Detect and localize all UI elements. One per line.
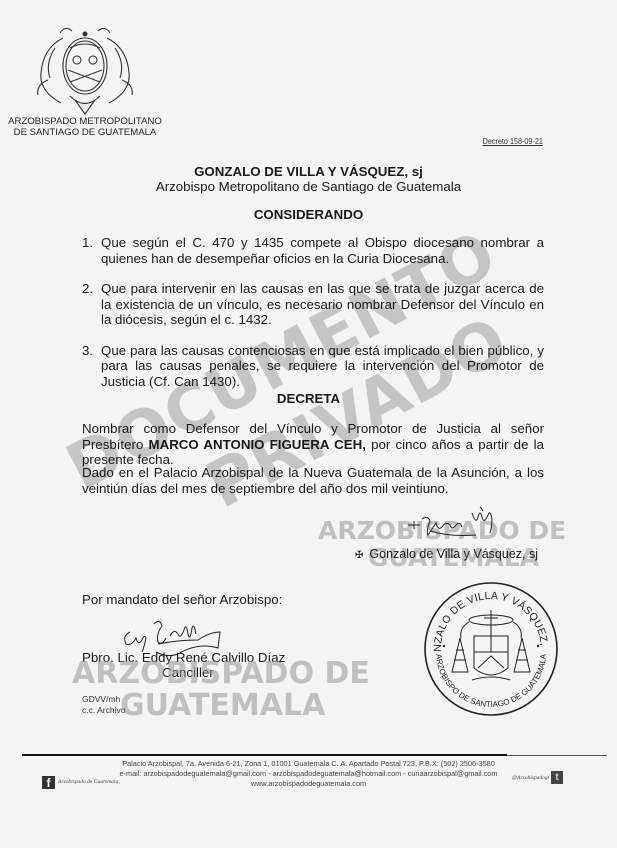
caption-line2: DE SANTIAGO DE GUATEMALA — [0, 127, 170, 138]
archbishop-title-role: Arzobispo Metropolitano de Santiago de G… — [0, 179, 617, 194]
footer-address: Palacio Arzobispal, 7a. Avenida 6-21, Zo… — [0, 759, 617, 769]
item-number: 1. — [82, 235, 93, 251]
facebook-label: Arzobispado de Guatemala — [58, 779, 118, 785]
document-page: ARZOBISPADO METROPOLITANO DE SANTIAGO DE… — [0, 0, 617, 848]
chancellor-block: Pbro. Lic. Eddy René Calvillo Díaz Canci… — [82, 650, 285, 680]
initials-text: GDVV/mh — [82, 694, 125, 705]
archdiocese-caption: ARZOBISPADO METROPOLITANO DE SANTIAGO DE… — [0, 116, 170, 138]
item-text: Que para las causas contenciosas en que … — [101, 343, 544, 389]
archbishop-signature — [400, 505, 510, 541]
decree-paragraph: Nombrar como Defensor del Vínculo y Prom… — [82, 421, 544, 468]
considerando-list: 1.Que según el C. 470 y 1435 compete al … — [82, 235, 544, 404]
list-item: 2.Que para intervenir en las causas en l… — [82, 281, 544, 328]
caption-line1: ARZOBISPADO METROPOLITANO — [0, 116, 170, 127]
chancellor-role: Canciller — [82, 665, 285, 680]
archbishop-signer-name: Gonzalo de Villa y Vásquez, sj — [369, 547, 538, 561]
item-text: Que según el C. 470 y 1435 compete al Ob… — [101, 235, 544, 266]
footer-divider-thin — [507, 755, 607, 756]
facebook-icon[interactable]: f — [42, 776, 55, 789]
appointee-name: MARCO ANTONIO FIGUERA CEH, — [149, 437, 366, 452]
archbishop-seal-icon: GONZALO DE VILLA Y VÁSQUEZ, S.J. ARZOBIS… — [422, 580, 560, 718]
archbishop-signer: ✠Gonzalo de Villa y Vásquez, sj — [355, 547, 538, 561]
svg-text:GONZALO DE VILLA Y VÁSQUEZ, S.: GONZALO DE VILLA Y VÁSQUEZ, S.J. — [422, 580, 550, 652]
watermark-guatemala-2: GUATEMALA — [120, 688, 325, 723]
archdiocese-coat-of-arms-icon — [30, 18, 140, 118]
twitter-label: @Arzobispadogt — [512, 775, 549, 781]
reference-initials: GDVV/mh c.c. Archivo — [82, 694, 125, 716]
seal-text-top: GONZALO DE VILLA Y VÁSQUEZ, S.J. — [422, 580, 550, 652]
list-item: 3.Que para las causas contenciosas en qu… — [82, 343, 544, 390]
item-number: 3. — [82, 343, 93, 359]
twitter-icon[interactable]: t — [551, 771, 563, 784]
cc-text: c.c. Archivo — [82, 705, 125, 716]
footer-divider — [22, 754, 507, 756]
archbishop-title-name: GONZALO DE VILLA Y VÁSQUEZ, sj — [0, 164, 617, 179]
mandate-text: Por mandato del señor Arzobispo: — [82, 592, 282, 607]
given-paragraph: Dado en el Palacio Arzobispal de la Nuev… — [82, 465, 544, 496]
chancellor-name: Pbro. Lic. Eddy René Calvillo Díaz — [82, 650, 285, 665]
considerando-heading: CONSIDERANDO — [0, 207, 617, 222]
decreta-heading: DECRETA — [0, 391, 617, 406]
item-number: 2. — [82, 281, 93, 297]
decree-number: Decreto 158-09-21 — [483, 136, 543, 146]
item-text: Que para intervenir en las causas en las… — [101, 281, 544, 327]
cross-icon: ✠ — [355, 550, 363, 561]
list-item: 1.Que según el C. 470 y 1435 compete al … — [82, 235, 544, 266]
